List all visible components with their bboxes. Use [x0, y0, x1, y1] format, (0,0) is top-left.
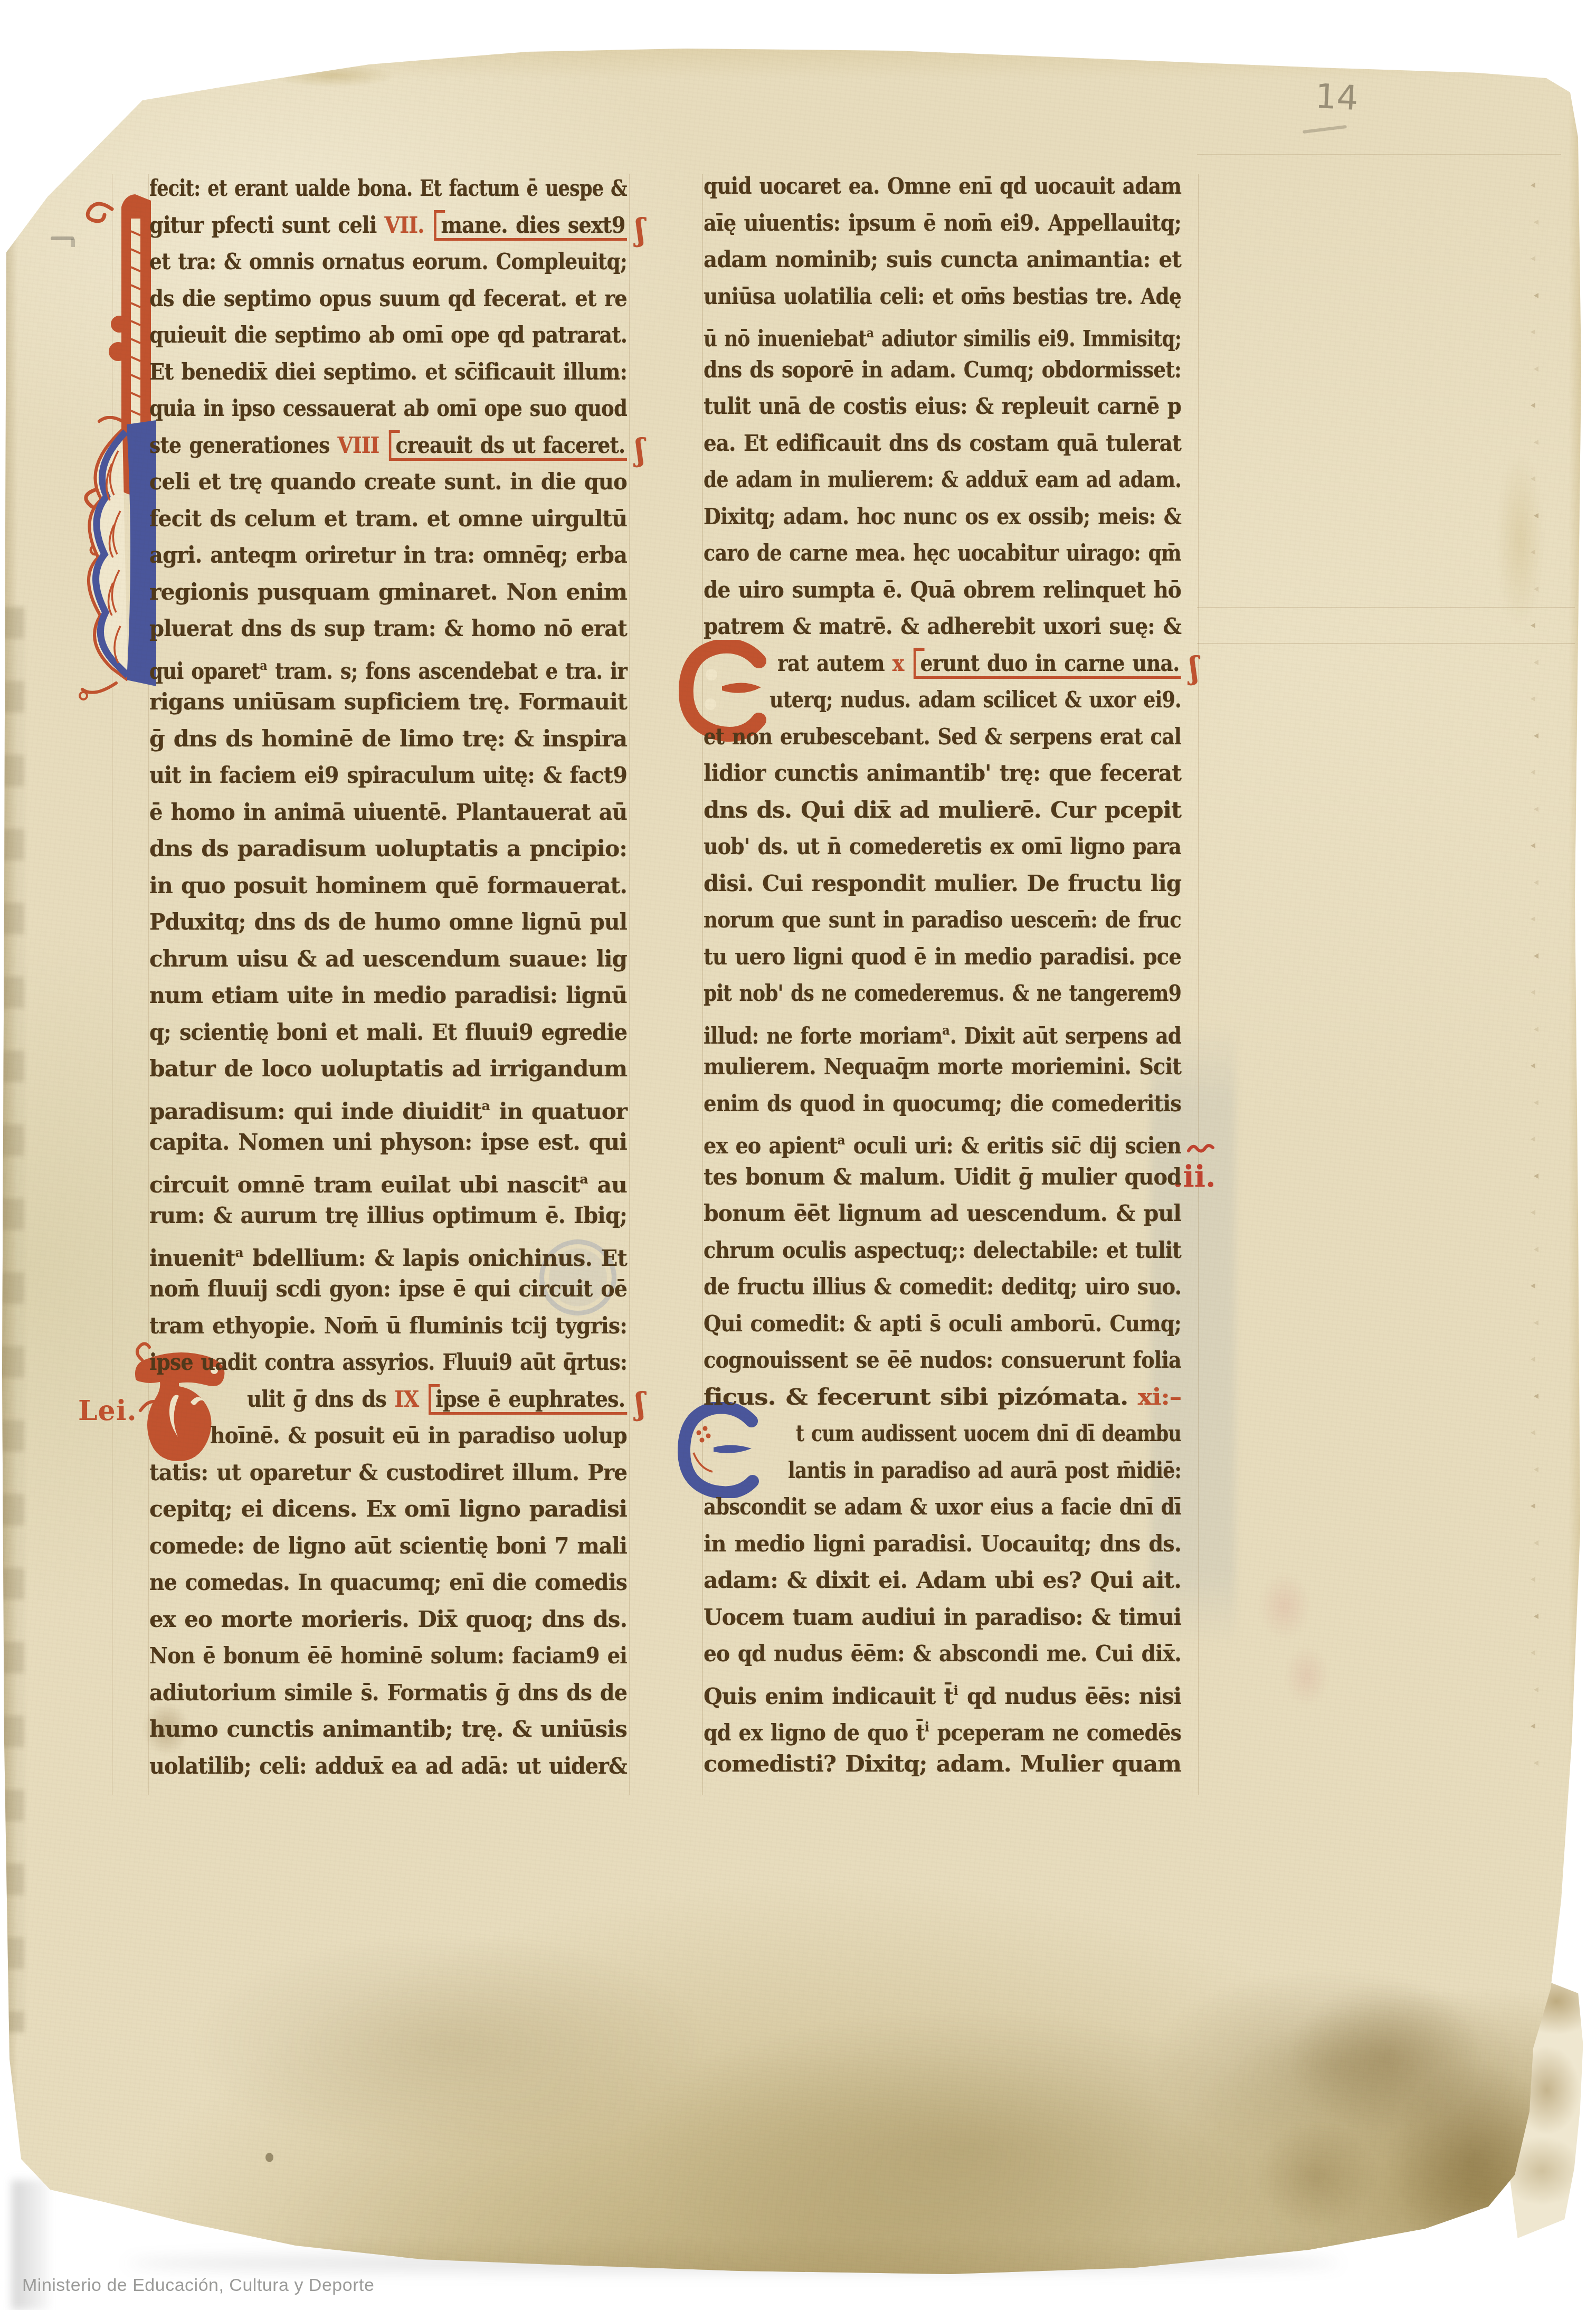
pricking-mark [1531, 1210, 1535, 1215]
text-line: qui opareta tram. s; fons ascendebat e t… [149, 647, 627, 684]
pricking-mark [1534, 1540, 1538, 1546]
text-line: ḡ dns ds hominē de limo trę: & inspira [149, 721, 627, 758]
text-line: quid uocaret ea. Omne enī qd uocauit ada… [704, 168, 1181, 205]
text-line: pit nob' ds ne comederemus. & ne tangere… [704, 975, 1181, 1012]
ruling-line [1197, 607, 1575, 608]
pricking-mark [1534, 1394, 1538, 1399]
text-line: uolatilib; celi: addux̄ ea ad adā: ut ui… [149, 1748, 627, 1785]
pricking-mark [1531, 623, 1535, 628]
tilde-icon [1185, 1140, 1217, 1156]
text-line: aīę uiuentis: ipsum ē nom̄ ei9. Appellau… [704, 205, 1181, 242]
pricking-mark [1531, 696, 1535, 702]
ruling-line [1197, 643, 1575, 644]
pricking-mark [1531, 1430, 1535, 1435]
stain [79, 1879, 1557, 2291]
text-line: Qui comedit: & apti s̄ oculi amborū. Cum… [704, 1305, 1181, 1342]
text-line: Pduxitq; dns ds de humo omne lignū pul [149, 904, 627, 941]
text-line: adam nominib; suis cuncta animantia: et [704, 241, 1181, 278]
text-line: qd ex ligno de quo t̄i pceperam ne comed… [704, 1709, 1181, 1746]
pricking-mark [1531, 1577, 1535, 1582]
text-line: rat autem x erunt duo in carne una. [704, 645, 1181, 682]
pricking-mark [1534, 366, 1538, 372]
text-line: dns ds. Qui dix̄ ad mulierē. Cur pcepit [704, 792, 1181, 829]
text-line: comede: de ligno aūt scientię boni 7 mal… [149, 1528, 627, 1565]
text-line: gitur pfecti sunt celi VII. mane. dies s… [149, 207, 627, 244]
stain [0, 607, 24, 2032]
pricking-mark [1534, 733, 1538, 739]
footer-credit: Ministerio de Educación, Cultura y Depor… [22, 2275, 374, 2296]
pricking-mark [1534, 1320, 1538, 1326]
text-line: Quis enim indicauit t̄i qd nudus ēēs: ni… [704, 1672, 1181, 1709]
text-line: inuenita bdellium: & lapis onichinus. Et [149, 1234, 627, 1271]
pricking-mark [1534, 1760, 1538, 1766]
text-line: Uocem tuam audiui in paradiso: & timui [704, 1599, 1181, 1636]
pricking-mark [1531, 329, 1535, 335]
pricking-mark [1531, 476, 1535, 481]
text-line: patrem & matrē. & adherebit uxori suę: & [704, 608, 1181, 645]
pricking-mark [1531, 256, 1535, 261]
text-line: ste generationes VIII creauit ds ut face… [149, 427, 627, 464]
stain [265, 2153, 273, 2162]
pricking-mark [1531, 1503, 1535, 1509]
pricking-mark [1531, 550, 1535, 555]
text-line: dns ds paradisum uoluptatis a pncipio: [149, 830, 627, 867]
text-line: ne comedas. In quacumq; enī die comedis [149, 1564, 627, 1601]
text-line: adiutorium simile s̄. Formatis ḡ dns ds … [149, 1674, 627, 1711]
text-line: dns ds soporē in adam. Cumq; obdormisset… [704, 352, 1181, 389]
text-line: uit in faciem ei9 spiraculum uitę: & fac… [149, 757, 627, 794]
stain [1483, 422, 1557, 718]
pricking-mark [1534, 1467, 1538, 1472]
pricking-mark [1534, 220, 1538, 225]
pricking-mark [1534, 807, 1538, 812]
text-line: et non erubescebant. Sed & serpens erat … [704, 718, 1181, 755]
text-line: tatis: ut oparetur & custodiret illum. P… [149, 1454, 627, 1491]
pricking-mark [1531, 843, 1535, 848]
text-line: abscondit se adam & uxor eius a facie dn… [704, 1489, 1181, 1526]
text-line: num etiam uite in medio paradisi: lignū [149, 977, 627, 1014]
text-line: tu uero ligni quod ē in medio paradisi. … [704, 939, 1181, 976]
pricking-mark [1534, 513, 1538, 518]
text-line: comedisti? Dixitq; adam. Mulier quam [704, 1746, 1181, 1783]
pricking-mark [1534, 1100, 1538, 1105]
text-line: chrum oculis aspectuq;: delectabile: et … [704, 1232, 1181, 1269]
pricking-mark [1531, 770, 1535, 775]
text-line: celi et trę quando create sunt. in die q… [149, 463, 627, 500]
text-line: t cum audissent uocem dnī dī deambu [704, 1415, 1181, 1452]
text-line: uniūsa uolatilia celi: et om̄s bestias t… [704, 278, 1181, 315]
text-column-left: fecit: et erant ualde bona. Et factum ē … [149, 170, 627, 1784]
text-line: in quo posuit hominem quē formauerat. [149, 867, 627, 904]
pricking-mark [1534, 293, 1538, 298]
folio-underline [1303, 125, 1347, 134]
text-line: tes bonum & malum. Uidit ḡ mulier quod [704, 1159, 1181, 1196]
text-line: capita. Nomen uni physon: ipse est. qui [149, 1124, 627, 1161]
text-line: nom̄ fluuij scdi gyon: ipse ē qui circui… [149, 1271, 627, 1308]
text-line: Non ē bonum ēē hominē solum: faciam9 ei [149, 1637, 627, 1674]
text-line: ex eo apienta oculi uri: & eritis sic̄ d… [704, 1122, 1181, 1159]
text-line: chrum uisu & ad uescendum suaue: lig [149, 941, 627, 978]
pricking-mark [1531, 1357, 1535, 1362]
stain [1240, 1563, 1351, 1737]
text-line: ex eo morte morieris. Dix̄ quoq; dns ds. [149, 1601, 627, 1638]
pricking-mark [1531, 916, 1535, 922]
text-line: fecit ds celum et tram. et omne uirgultū [149, 500, 627, 537]
pricking-mark [1534, 880, 1538, 885]
pricking-mark [1531, 1283, 1535, 1289]
text-line: fecit: et erant ualde bona. Et factum ē … [149, 170, 627, 207]
pricking-mark [1531, 1137, 1535, 1142]
pricking-mark [1534, 1027, 1538, 1032]
pricking-mark [1531, 1063, 1535, 1068]
text-line: rigans uniūsam supficiem trę. Formauit [149, 684, 627, 721]
text-line: cognouissent se ēē nudos: consuerunt fol… [704, 1342, 1181, 1379]
text-line: tram ethyopie. Nom̄ ū fluminis tcij tygr… [149, 1308, 627, 1345]
folio-number: 14 [1314, 77, 1359, 118]
text-line: batur de loco uoluptatis ad irrigandum [149, 1050, 627, 1087]
pricking-mark [1534, 953, 1538, 959]
ruling-line [1197, 154, 1561, 155]
parchment-page: Lei. .ii. 14 fecit: et erant ualde bona.… [0, 0, 1596, 2310]
pricking-mark [1534, 440, 1538, 445]
text-line: ulit ḡ dns ds IX ipse ē euphrates. [149, 1381, 627, 1418]
text-line: hoīnē. & posuit eū in paradiso uolup [149, 1417, 627, 1454]
pricking-mark [1531, 183, 1535, 188]
text-line: ū nō inueniebata adiutor similis ei9. Im… [704, 315, 1181, 352]
text-line: cepitq; ei dicens. Ex omī ligno paradisi [149, 1491, 627, 1528]
text-line: illud: ne forte moriama. Dixit aūt serpe… [704, 1012, 1181, 1049]
text-line: q; scientię boni et mali. Et fluui9 egre… [149, 1014, 627, 1051]
text-line: disi. Cui respondit mulier. De fructu li… [704, 865, 1181, 902]
text-line: pluerat dns ds sup tram: & homo nō erat [149, 610, 627, 647]
pricking-mark [1534, 1173, 1538, 1179]
text-line: Et benedix̄ diei septimo. et sc̄ificauit… [149, 354, 627, 391]
pricking-mark [1534, 660, 1538, 665]
manuscript-photo: Lei. .ii. 14 fecit: et erant ualde bona.… [0, 0, 1596, 2310]
text-line: agri. anteqm oriretur in tra: omnēq; erb… [149, 537, 627, 574]
text-line: quia in ipso cessauerat ab omī ope suo q… [149, 390, 627, 427]
text-line: lantis in paradiso ad aurā post m̄idiē: [704, 1452, 1181, 1489]
text-line: Dixitq; adam. hoc nunc os ex ossib; meis… [704, 498, 1181, 535]
pricking-mark [1531, 1724, 1535, 1729]
ruling-line [702, 174, 703, 1795]
text-line: quieuit die septimo ab omī ope qd patrar… [149, 317, 627, 354]
text-line: adam: & dixit ei. Adam ubi es? Qui ait. [704, 1562, 1181, 1599]
text-line: mulierem. Nequaq̄m morte moriemini. Scit [704, 1048, 1181, 1085]
text-line: caro de carne mea. hęc uocabitur uirago:… [704, 535, 1181, 572]
text-line: tulit unā de costis eius: & repleuit car… [704, 388, 1181, 425]
pricking-mark [1531, 990, 1535, 995]
text-line: regionis pusquam gminaret. Non enim [149, 574, 627, 611]
text-line: ipse uadit contra assyrios. Fluui9 aūt q… [149, 1344, 627, 1381]
pricking-mark [1534, 1247, 1538, 1252]
text-line: in medio ligni paradisi. Uocauitq; dns d… [704, 1526, 1181, 1563]
text-line: eo qd nudus ēēm: & abscondi me. Cui dix̄… [704, 1635, 1181, 1672]
stain [248, 57, 417, 94]
text-line: de adam in mulierem: & addux̄ eam ad ada… [704, 461, 1181, 498]
text-line: ē homo in animā uiuentē. Plantauerat aū [149, 794, 627, 831]
text-line: rum: & aurum trę illius optimum ē. Ibiq; [149, 1197, 627, 1234]
text-line: de fructu illius & comedit: deditq; uiro… [704, 1268, 1181, 1305]
text-line: paradisum: qui inde diuidita in quatuor [149, 1087, 627, 1124]
text-line: humo cunctis animantib; trę. & uniūsis [149, 1711, 627, 1748]
pricking-mark [1534, 1614, 1538, 1619]
text-line: enim ds quod in quocumq; die comederitis [704, 1085, 1181, 1122]
pricking-mark [1531, 403, 1535, 408]
text-line: et tra: & omnis ornatus eorum. Compleuit… [149, 243, 627, 280]
text-line: bonum ēēt lignum ad uescendum. & pul [704, 1195, 1181, 1232]
text-column-right: quid uocaret ea. Omne enī qd uocauit ada… [704, 168, 1181, 1782]
pricking-mark [1531, 1650, 1535, 1655]
pricking-mark [1534, 1687, 1538, 1692]
text-line: ea. Et edificauit dns ds costam quā tule… [704, 425, 1181, 462]
ruling-line [629, 174, 630, 1795]
text-line: ds die septimo opus suum qd fecerat. et … [149, 280, 627, 317]
text-line: uterq; nudus. adam scilicet & uxor ei9. [704, 681, 1181, 718]
pricking-mark [1534, 586, 1538, 592]
text-line: lidior cunctis animantib' trę: que fecer… [704, 755, 1181, 792]
decorated-initial-I-iste-icon [77, 416, 161, 701]
text-line: norum que sunt in paradiso uescem̄: de f… [704, 902, 1181, 939]
text-line: circuit omnē tram euilat ubi nascita au [149, 1161, 627, 1198]
pencil-mark [51, 236, 74, 240]
ruling-line [1198, 174, 1199, 1795]
text-line: uob' ds. ut n̄ comederetis ex omī ligno … [704, 828, 1181, 865]
text-line: de uiro sumpta ē. Quā obrem relinquet hō [704, 572, 1181, 609]
text-line: ficus. & fecerunt sibi pizómata. xi:– [704, 1379, 1181, 1416]
